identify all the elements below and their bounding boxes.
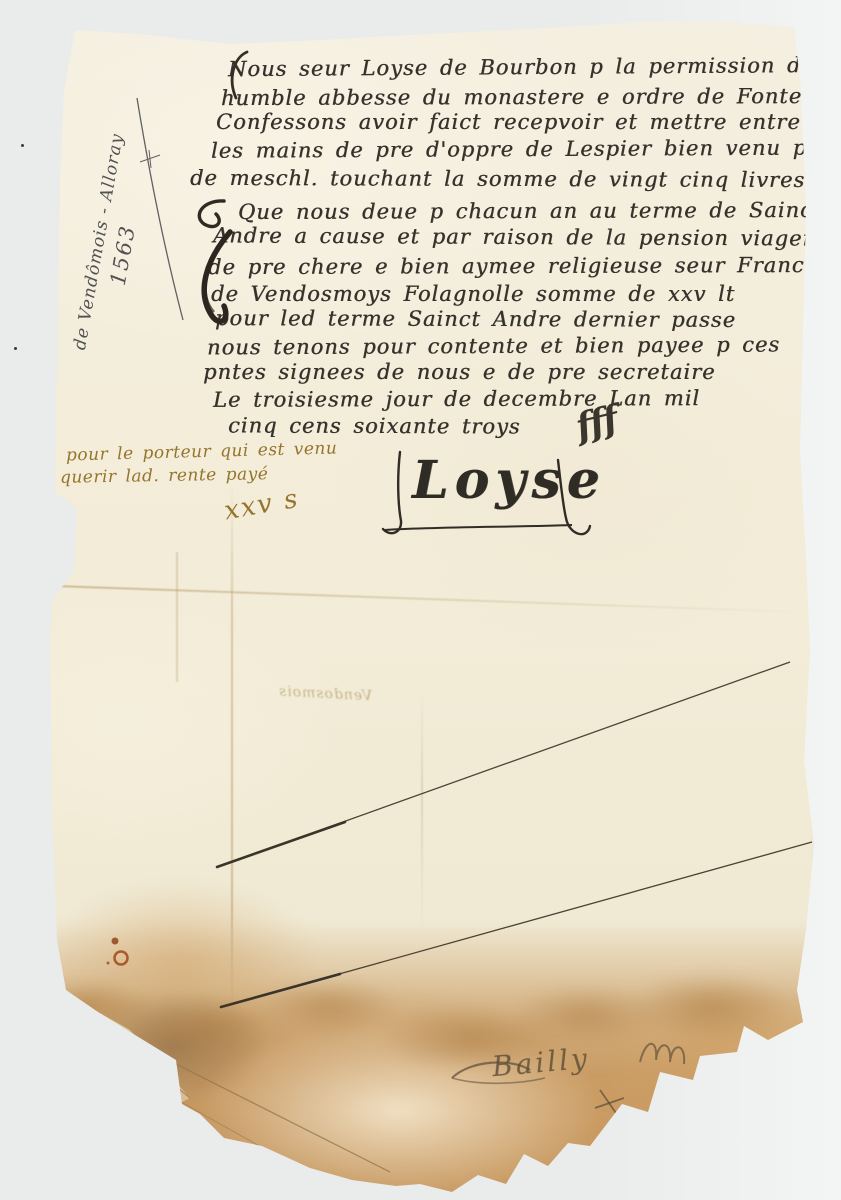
background-speck: [21, 144, 24, 147]
manuscript-line: Andre a cause et par raison de la pensio…: [213, 222, 827, 251]
manuscript-line: pour led terme Sainct Andre dernier pass…: [215, 305, 736, 333]
receipt-note-line: querir lad. rente payé: [60, 464, 269, 488]
manuscript-line: les mains de pre d'oppre de Lespier bien…: [211, 134, 841, 164]
manuscript-line: pntes signees de nous e de pre secretair…: [203, 359, 716, 385]
fold-crease-vertical-short: [176, 552, 178, 682]
manuscript-line: Le troisiesme jour de decembre Lan mil: [213, 385, 700, 413]
manuscript-page: de Vendômois - Alloray 1563 Nous seur Lo…: [0, 0, 841, 1200]
background-speck: [14, 347, 17, 350]
stain-dark-rim: [40, 935, 820, 1065]
scanned-manuscript: { "scan": { "colors": { "background": "#…: [0, 0, 841, 1200]
manuscript-line: nous tenons pour contente et bien payee …: [207, 331, 780, 360]
manuscript-line: Confessons avoir faict recepvoir et mett…: [216, 109, 801, 135]
manuscript-line: Que nous deue p chacun an au terme de Sa…: [238, 197, 822, 225]
manuscript-line: cinq cens soixante troys: [228, 412, 521, 439]
abbess-signature: Loyse: [412, 450, 606, 511]
manuscript-line: Nous seur Loyse de Bourbon p la permissi…: [228, 52, 841, 82]
fold-crease-vertical-left: [231, 480, 233, 1015]
manuscript-line: de pre chere e bien aymee religieuse seu…: [208, 252, 841, 280]
fold-crease-vertical-mid: [421, 690, 423, 940]
manuscript-line: humble abbesse du monastere e ordre de F…: [221, 83, 841, 111]
manuscript-line: de Vendosmoys Folagnolle somme de xxv lt: [211, 281, 735, 307]
manuscript-line: de meschl. touchant la somme de vingt ci…: [190, 165, 838, 193]
